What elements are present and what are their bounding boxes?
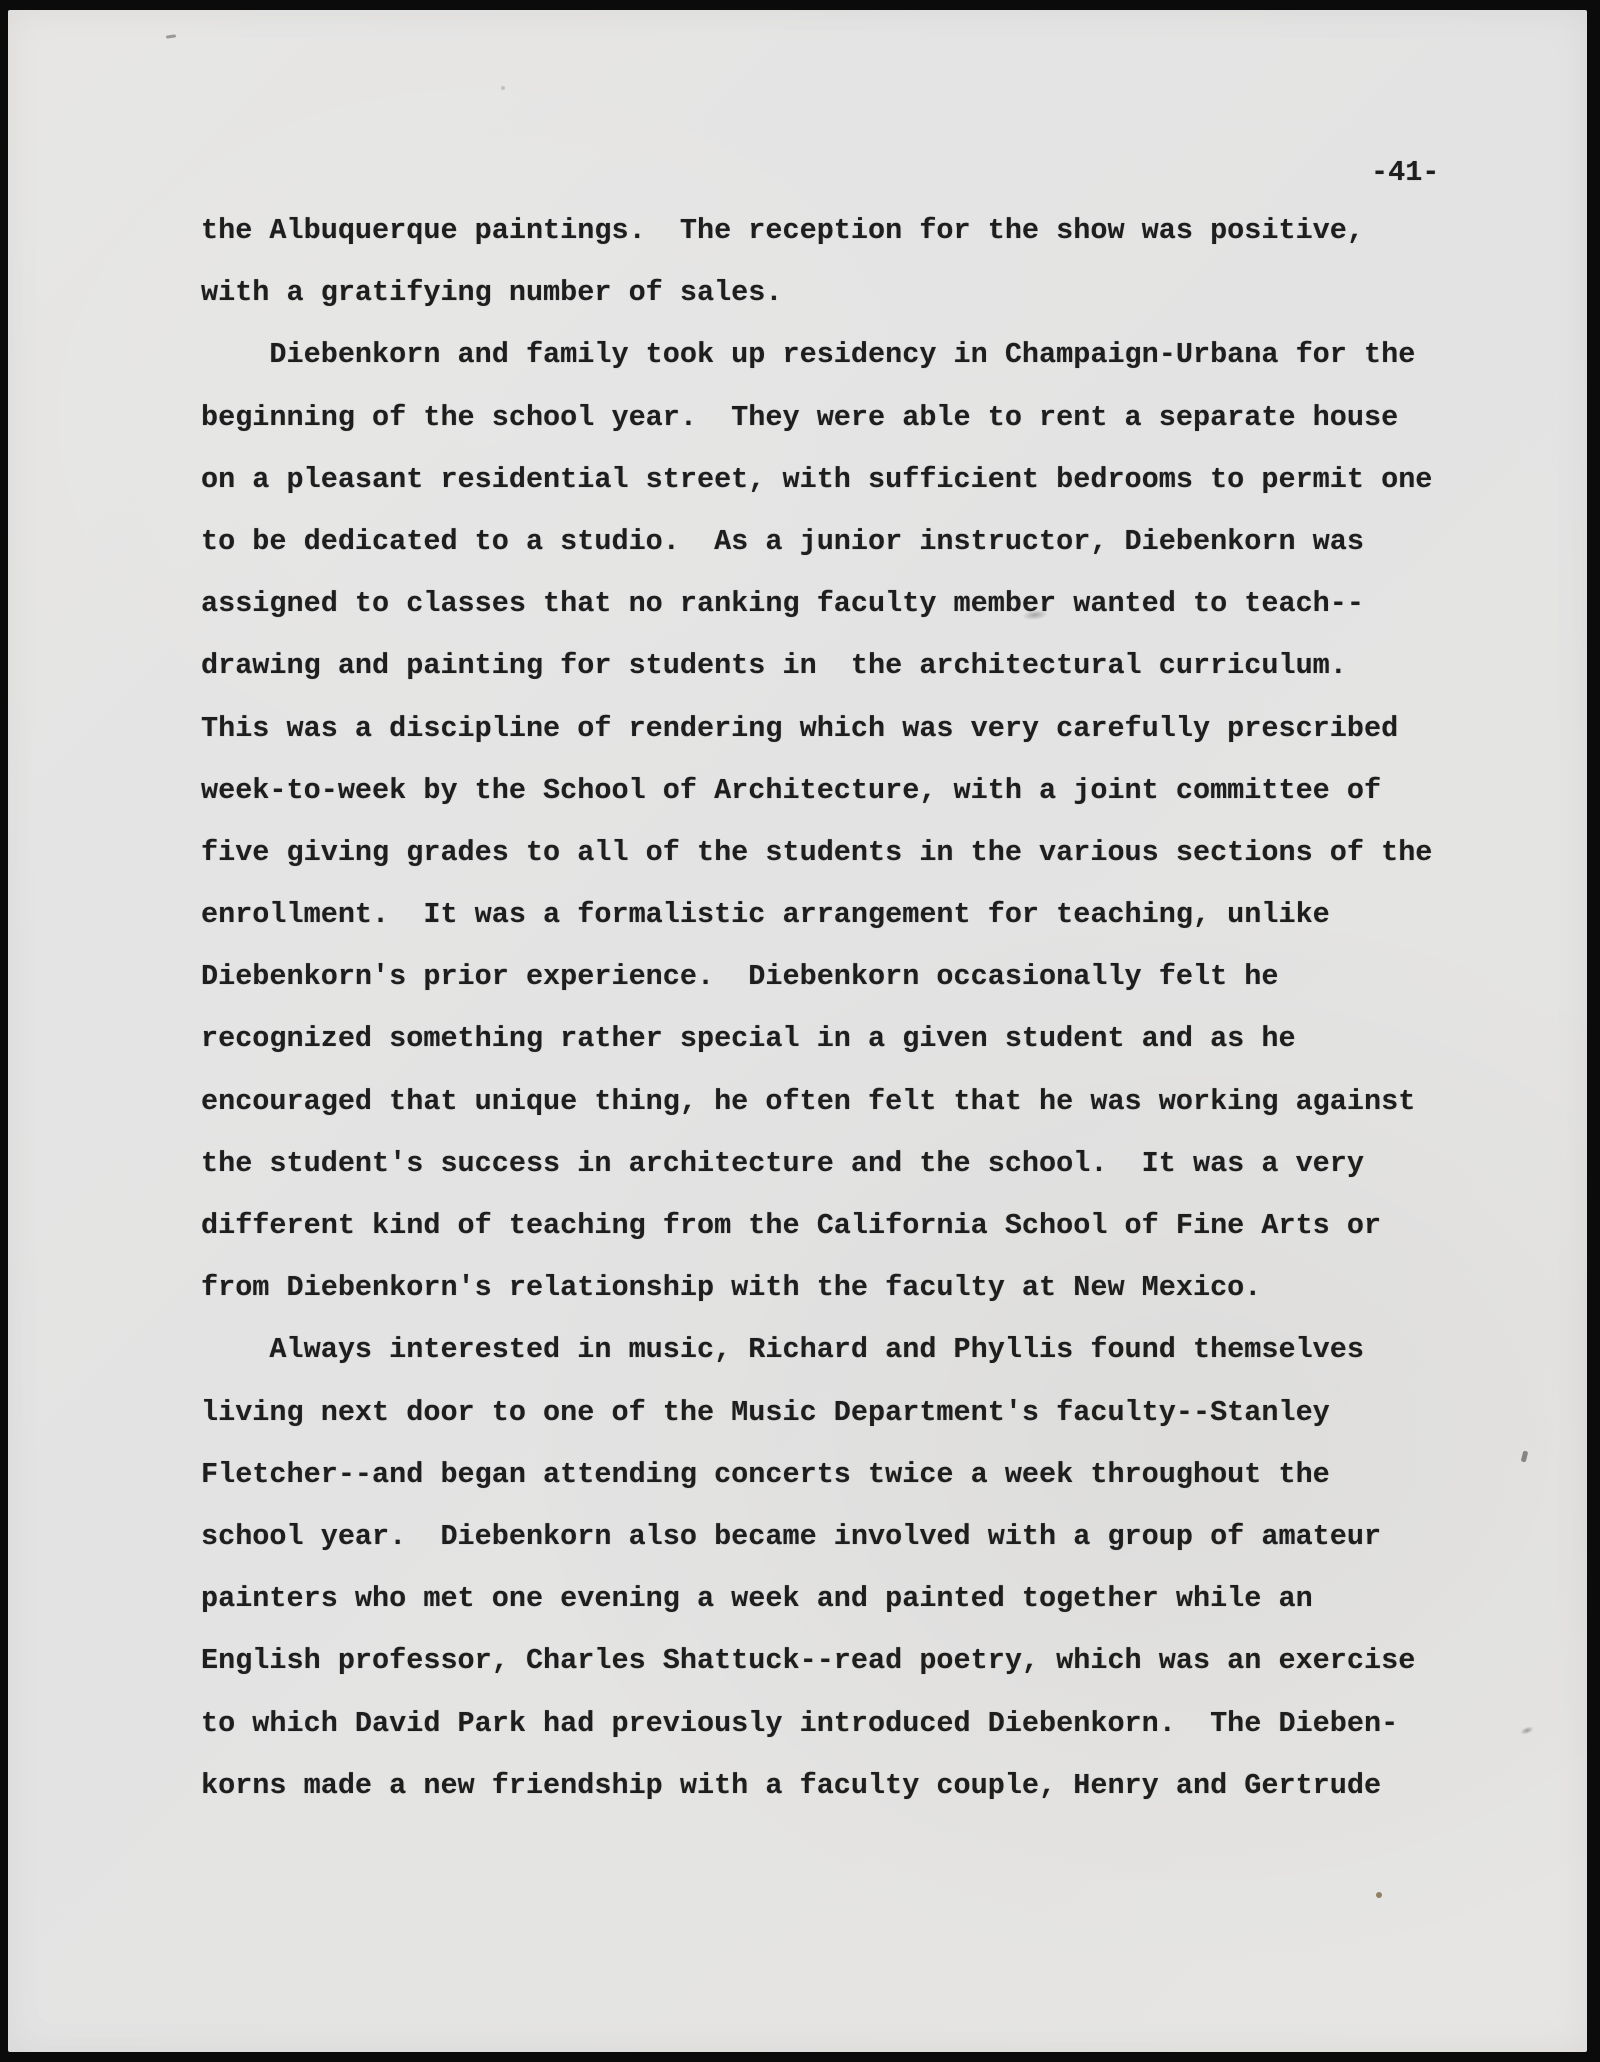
text-line: Diebenkorn and family took up residency …	[201, 324, 1461, 386]
text-line: living next door to one of the Music Dep…	[201, 1382, 1461, 1444]
text-line: from Diebenkorn's relationship with the …	[201, 1257, 1461, 1319]
scan-speck-dash	[166, 34, 176, 38]
text-line: to which David Park had previously intro…	[201, 1693, 1461, 1755]
text-line: different kind of teaching from the Cali…	[201, 1195, 1461, 1257]
text-line: the student's success in architecture an…	[201, 1133, 1461, 1195]
document-page: -41- the Albuquerque paintings. The rece…	[8, 10, 1587, 2052]
text-line: painters who met one evening a week and …	[201, 1568, 1461, 1630]
text-line: beginning of the school year. They were …	[201, 387, 1461, 449]
text-line: with a gratifying number of sales.	[201, 262, 1461, 324]
text-line: to be dedicated to a studio. As a junior…	[201, 511, 1461, 573]
scan-speck-dot	[501, 86, 505, 90]
text-line: Always interested in music, Richard and …	[201, 1319, 1461, 1381]
text-line: the Albuquerque paintings. The reception…	[201, 200, 1461, 262]
text-line: assigned to classes that no ranking facu…	[201, 573, 1461, 635]
text-line: encouraged that unique thing, he often f…	[201, 1071, 1461, 1133]
scan-border: -41- the Albuquerque paintings. The rece…	[0, 0, 1600, 2062]
paper-stain-dot	[1376, 1892, 1382, 1898]
page-number: -41-	[1371, 156, 1439, 189]
text-line: recognized something rather special in a…	[201, 1008, 1461, 1070]
text-line: drawing and painting for students in the…	[201, 635, 1461, 697]
text-line: five giving grades to all of the student…	[201, 822, 1461, 884]
text-line: English professor, Charles Shattuck--rea…	[201, 1630, 1461, 1692]
scan-smudge-small	[1519, 1725, 1535, 1736]
text-line: enrollment. It was a formalistic arrange…	[201, 884, 1461, 946]
scan-speck-mark	[1521, 1451, 1529, 1463]
text-line: This was a discipline of rendering which…	[201, 698, 1461, 760]
text-line: korns made a new friendship with a facul…	[201, 1755, 1461, 1817]
text-line: Fletcher--and began attending concerts t…	[201, 1444, 1461, 1506]
text-line: school year. Diebenkorn also became invo…	[201, 1506, 1461, 1568]
text-line: week-to-week by the School of Architectu…	[201, 760, 1461, 822]
typewritten-text: the Albuquerque paintings. The reception…	[201, 200, 1461, 1817]
text-line: Diebenkorn's prior experience. Diebenkor…	[201, 946, 1461, 1008]
text-line: on a pleasant residential street, with s…	[201, 449, 1461, 511]
